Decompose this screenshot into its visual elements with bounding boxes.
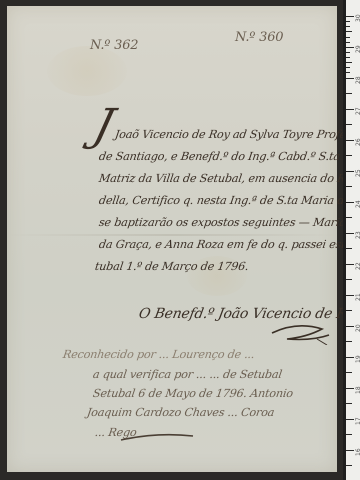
body-line-2: de Santiago, e Benefd.º do Ing.ª Cabd.º … bbox=[98, 150, 360, 163]
ruler-label: 30 bbox=[355, 14, 360, 22]
measurement-ruler: 30 29 28 27 26 25 24 23 22 21 20 19 18 1… bbox=[343, 0, 360, 480]
body-line-4: della, Certifico q. nesta Ing.ª de S.ta … bbox=[98, 194, 360, 207]
ruler-label: 20 bbox=[355, 324, 360, 332]
annotation-line-1: Reconhecido por ... Lourenço de ... bbox=[62, 348, 255, 361]
annotation-line-2: a qual verifica por ... ... de Setubal bbox=[92, 368, 283, 381]
ruler-label: 21 bbox=[355, 293, 360, 301]
body-line-1: Joaõ Vicencio de Roy ad Sylva Toyre Prof… bbox=[114, 128, 360, 141]
ruler-label: 16 bbox=[355, 448, 360, 456]
ruler-label: 25 bbox=[355, 169, 360, 177]
body-line-3: Matriz da Villa de Setubal, em ausencia … bbox=[98, 172, 360, 185]
folio-number-left: N.º 362 bbox=[90, 38, 138, 53]
body-line-7: tubal 1.º de Março de 1796. bbox=[94, 260, 249, 273]
annotation-flourish bbox=[117, 426, 197, 446]
annotation-line-3: Setubal 6 de Mayo de 1796. Antonio bbox=[92, 387, 294, 400]
paper-stain bbox=[47, 46, 127, 96]
decorated-initial: J bbox=[90, 104, 119, 148]
ruler-label: 27 bbox=[355, 107, 360, 115]
body-line-6: da Graça, e Anna Roza em fe do q. passei… bbox=[98, 238, 360, 251]
signature-flourish bbox=[267, 311, 337, 345]
ruler-label: 22 bbox=[355, 262, 360, 270]
ruler-label: 26 bbox=[355, 138, 360, 146]
ruler-ticks bbox=[346, 0, 360, 480]
ruler-label: 19 bbox=[355, 355, 360, 363]
ruler-label: 17 bbox=[355, 417, 360, 425]
body-line-5: se baptizarão os expostos seguintes — Ma… bbox=[98, 216, 360, 229]
paper-sheet: N.º 362 N.º 360 J Joaõ Vicencio de Roy a… bbox=[7, 6, 337, 472]
annotation-line-4: Joaquim Cardozo Chaves ... Coroa bbox=[86, 406, 275, 419]
scanned-document: N.º 362 N.º 360 J Joaõ Vicencio de Roy a… bbox=[0, 0, 360, 480]
ruler-label: 23 bbox=[355, 231, 360, 239]
ruler-label: 29 bbox=[355, 45, 360, 53]
ruler-label: 28 bbox=[355, 76, 360, 84]
ruler-label: 18 bbox=[355, 386, 360, 394]
ruler-label: 24 bbox=[355, 200, 360, 208]
folio-number-right: N.º 360 bbox=[235, 30, 283, 45]
